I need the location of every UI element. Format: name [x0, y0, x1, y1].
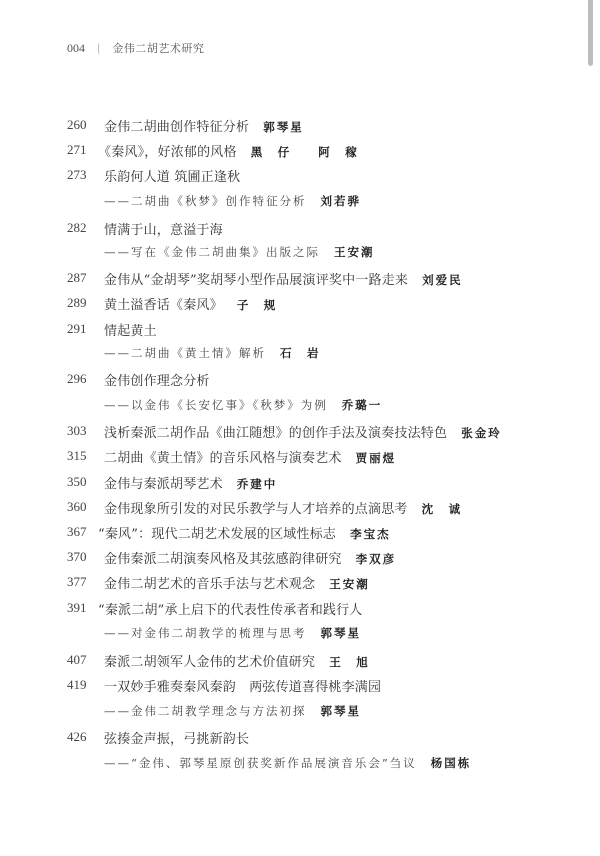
- toc-title-text: 情起黄土: [104, 324, 157, 339]
- toc-entry-title: 金伟从“金胡琴”奖胡琴小型作品展演评奖中一路走来刘爱民: [104, 269, 463, 288]
- toc-author: 刘若骅: [321, 194, 362, 208]
- toc-entry-title: 乐韵何人道 筑圃正逢秋: [104, 166, 240, 185]
- toc-author: 石 岩: [280, 346, 321, 360]
- toc-page-number: 271: [67, 142, 97, 158]
- toc-entry-subtitle: ——“金伟、郭琴星原创获奖新作品展演音乐会”刍议杨国栋: [104, 755, 471, 771]
- toc-page-number: 419: [67, 677, 97, 693]
- toc-title-text: 金伟从“金胡琴”奖胡琴小型作品展演评奖中一路走来: [104, 273, 408, 288]
- toc-author: 子 规: [237, 298, 278, 312]
- toc-author: 郭琴星: [321, 704, 362, 718]
- toc-page-number: 407: [67, 652, 97, 668]
- toc-entry-title: 金伟与秦派胡琴艺术乔建中: [104, 473, 277, 492]
- toc-title-text: 黄土溢香话《秦风》: [104, 298, 223, 313]
- toc-page-number: 303: [67, 423, 97, 439]
- toc-entry-title: 一双妙手雅奏秦风秦韵 两弦传道喜得桃李满园: [104, 676, 381, 695]
- toc-entry-title: 《秦风》，好浓郁的风格黑 仔 阿 稼: [98, 141, 359, 160]
- toc-author: 沈 诚: [422, 502, 463, 516]
- toc-page-number: 367: [67, 524, 97, 540]
- toc-page-number: 289: [67, 295, 97, 311]
- toc-subtitle-text: ——写在《金伟二胡曲集》出版之际: [104, 245, 320, 259]
- toc-title-text: 金伟现象所引发的对民乐教学与人才培养的点滴思考: [104, 502, 408, 517]
- book-title: 金伟二胡艺术研究: [112, 40, 204, 56]
- toc-title-text: 金伟与秦派胡琴艺术: [104, 477, 223, 492]
- toc-page-number: 287: [67, 270, 97, 286]
- toc-entry-title: 二胡曲《黄土情》的音乐风格与演奏艺术贾丽煜: [104, 447, 396, 466]
- toc-author: 乔璐一: [342, 398, 383, 412]
- toc-author: 王安潮: [334, 245, 375, 259]
- toc-author: 刘爱民: [422, 273, 463, 287]
- toc-entry-title: 金伟现象所引发的对民乐教学与人才培养的点滴思考沈 诚: [104, 498, 462, 517]
- toc-author: 王安潮: [329, 577, 370, 591]
- toc-entry-subtitle: ——二胡曲《秋梦》创作特征分析刘若骅: [104, 193, 361, 209]
- toc-page-number: 377: [67, 574, 97, 590]
- toc-title-text: 弦揍金声振，弓挑新韵长: [104, 732, 249, 747]
- toc-subtitle-text: ——“金伟、郭琴星原创获奖新作品展演音乐会”刍议: [104, 756, 417, 770]
- toc-entry-title: 金伟秦派二胡演奏风格及其弦感韵律研究李双彦: [104, 548, 396, 567]
- toc-page-number: 282: [67, 220, 97, 236]
- toc-author: 李双彦: [356, 552, 397, 566]
- toc-author: 杨国栋: [431, 756, 472, 770]
- header-separator: |: [97, 43, 100, 54]
- toc-title-text: 情满于山，意溢于海: [104, 223, 223, 238]
- toc-entry-title: 秦派二胡领军人金伟的艺术价值研究王 旭: [104, 651, 370, 670]
- toc-title-text: 金伟秦派二胡演奏风格及其弦感韵律研究: [104, 552, 342, 567]
- toc-entry-subtitle: ——对金伟二胡教学的梳理与思考郭琴星: [104, 625, 361, 641]
- toc-author: 黑 仔 阿 稼: [251, 145, 359, 159]
- toc-page-number: 296: [67, 371, 97, 387]
- toc-entry-subtitle: ——以金伟《长安忆事》《秋梦》为例乔璐一: [104, 397, 382, 413]
- toc-entry-title: 浅析秦派二胡作品《曲江随想》的创作手法及演奏技法特色张金玲: [104, 422, 502, 441]
- toc-title-text: 金伟二胡艺术的音乐手法与艺术观念: [104, 577, 315, 592]
- toc-subtitle-text: ——金伟二胡教学理念与方法初探: [104, 704, 307, 718]
- toc-author: 乔建中: [237, 477, 278, 491]
- toc-subtitle-text: ——对金伟二胡教学的梳理与思考: [104, 626, 307, 640]
- toc-page-number: 315: [67, 448, 97, 464]
- toc-entry-title: 金伟二胡曲创作特征分析郭琴星: [104, 116, 304, 135]
- toc-page-number: 273: [67, 167, 97, 183]
- toc-entry-title: 情满于山，意溢于海: [104, 219, 223, 238]
- toc-author: 郭琴星: [263, 120, 304, 134]
- toc-entry-title: “秦风”：现代二胡艺术发展的区域性标志李宝杰: [98, 523, 391, 542]
- toc-page-number: 360: [67, 499, 97, 515]
- toc-page-number: 291: [67, 321, 97, 337]
- toc-title-text: “秦风”：现代二胡艺术发展的区域性标志: [98, 527, 336, 542]
- toc-page-number: 426: [67, 729, 97, 745]
- toc-entry-subtitle: ——写在《金伟二胡曲集》出版之际王安潮: [104, 244, 375, 260]
- toc-entry-title: 金伟二胡艺术的音乐手法与艺术观念王安潮: [104, 573, 370, 592]
- toc-author: 李宝杰: [350, 527, 391, 541]
- toc-title-text: 金伟二胡曲创作特征分析: [104, 120, 249, 135]
- toc-title-text: “秦派二胡”承上启下的代表性传承者和践行人: [98, 603, 363, 618]
- toc-subtitle-text: ——二胡曲《秋梦》创作特征分析: [104, 194, 307, 208]
- toc-author: 王 旭: [329, 655, 370, 669]
- toc-subtitle-text: ——二胡曲《黄土情》解析: [104, 346, 266, 360]
- toc-title-text: 二胡曲《黄土情》的音乐风格与演奏艺术: [104, 451, 342, 466]
- toc-page-number: 350: [67, 474, 97, 490]
- toc-title-text: 乐韵何人道 筑圃正逢秋: [104, 170, 240, 185]
- toc-page-number: 391: [67, 600, 97, 616]
- toc-author: 郭琴星: [321, 626, 362, 640]
- toc-title-text: 浅析秦派二胡作品《曲江随想》的创作手法及演奏技法特色: [104, 426, 447, 441]
- toc-entry-title: 弦揍金声振，弓挑新韵长: [104, 728, 249, 747]
- toc-author: 贾丽煜: [356, 451, 397, 465]
- toc-title-text: 《秦风》，好浓郁的风格: [98, 145, 237, 160]
- toc-entry-subtitle: ——金伟二胡教学理念与方法初探郭琴星: [104, 703, 361, 719]
- toc-title-text: 金伟创作理念分析: [104, 374, 210, 389]
- toc-page-number: 260: [67, 117, 97, 133]
- toc-entry-title: 情起黄土: [104, 320, 157, 339]
- toc-title-text: 一双妙手雅奏秦风秦韵 两弦传道喜得桃李满园: [104, 680, 381, 695]
- vertical-scrollbar[interactable]: [588, 0, 593, 66]
- toc-page-number: 370: [67, 549, 97, 565]
- toc-author: 张金玲: [461, 426, 502, 440]
- running-header: 004 | 金伟二胡艺术研究: [67, 40, 204, 56]
- toc-entry-subtitle: ——二胡曲《黄土情》解析石 岩: [104, 345, 321, 361]
- toc-entry-title: 黄土溢香话《秦风》子 规: [104, 294, 277, 313]
- page-number: 004: [67, 41, 85, 56]
- toc-title-text: 秦派二胡领军人金伟的艺术价值研究: [104, 655, 315, 670]
- toc-entry-title: 金伟创作理念分析: [104, 370, 210, 389]
- toc-subtitle-text: ——以金伟《长安忆事》《秋梦》为例: [104, 398, 328, 412]
- toc-entry-title: “秦派二胡”承上启下的代表性传承者和践行人: [98, 599, 363, 618]
